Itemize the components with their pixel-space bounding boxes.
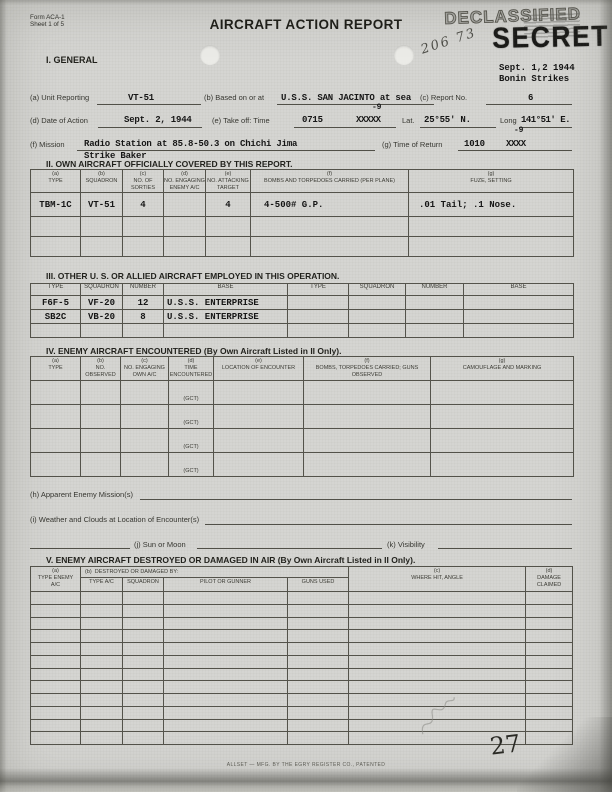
col-header-time: (d)TIME ENCOUNTERED <box>169 357 214 381</box>
gct-strikeout: XXXXX <box>356 115 381 125</box>
empty-cell <box>526 681 573 694</box>
empty-cell <box>81 719 123 732</box>
empty-cell <box>409 217 574 237</box>
empty-cell <box>288 630 349 643</box>
empty-cell <box>31 592 81 605</box>
own-aircraft-empty-rows <box>31 217 574 257</box>
empty-cell <box>123 681 164 694</box>
gct-strikeout: XXXX <box>506 139 526 149</box>
col-header-number: NUMBER <box>123 284 164 296</box>
empty-cell <box>121 429 169 453</box>
empty-row <box>31 694 573 707</box>
subcol-pilot-gunner: PILOT OR GUNNER <box>164 578 288 592</box>
field-underline <box>458 150 572 151</box>
empty-row <box>31 217 574 237</box>
empty-cell <box>81 706 123 719</box>
col-tag: (b) <box>81 171 122 178</box>
empty-row <box>31 706 573 719</box>
col-label: DAMAGE CLAIMED <box>526 575 572 589</box>
col-tag: (c) <box>349 568 525 575</box>
cell-squadron: VB-20 <box>81 310 123 324</box>
empty-cell <box>526 630 573 643</box>
empty-cell <box>288 310 349 324</box>
empty-cell <box>406 310 464 324</box>
weather-clouds-label: (i) Weather and Clouds at Location of En… <box>30 515 199 524</box>
empty-cell <box>81 592 123 605</box>
empty-cell <box>31 630 81 643</box>
empty-cell <box>349 630 526 643</box>
operation-note: Bonin Strikes <box>499 74 575 85</box>
field-underline <box>197 548 382 549</box>
empty-cell <box>431 429 574 453</box>
col-label: SQUADRON <box>81 178 122 185</box>
empty-cell <box>31 324 81 338</box>
empty-cell <box>31 405 81 429</box>
col-header-no-engaging: (c)NO. ENGAGING OWN A/C <box>121 357 169 381</box>
col-header-where-hit: (c)WHERE HIT, ANGLE <box>349 567 526 592</box>
gct-label: (GCT) <box>169 420 213 426</box>
empty-cell <box>164 630 288 643</box>
empty-cell <box>81 324 123 338</box>
empty-cell <box>81 655 123 668</box>
col-label: NO. OF SORTIES <box>123 178 163 192</box>
own-aircraft-data-row: TBM-1C VT-51 4 4 4-500# G.P. .01 Tail; .… <box>31 193 574 217</box>
empty-row <box>31 324 574 338</box>
empty-cell <box>288 643 349 656</box>
empty-cell <box>121 405 169 429</box>
visibility-label: (k) Visibility <box>387 540 425 549</box>
empty-cell <box>31 732 81 745</box>
col-header-camouflage: (g)CAMOUFLAGE AND MARKING <box>431 357 574 381</box>
col-header-squadron-2: SQUADRON <box>349 284 406 296</box>
empty-row <box>31 592 573 605</box>
report-no-label: (c) Report No. <box>420 93 467 102</box>
empty-cell <box>81 604 123 617</box>
col-label: DESTROYED OR DAMAGED BY: <box>95 569 178 575</box>
field-underline <box>519 127 572 128</box>
col-label: BOMBS, TORPEDOES CARRIED; GUNS OBSERVED <box>304 365 430 379</box>
col-tag: (g) <box>431 358 573 365</box>
empty-cell <box>526 655 573 668</box>
section-ii-heading: II. OWN AIRCRAFT OFFICIALLY COVERED BY T… <box>46 159 293 169</box>
col-label: WHERE HIT, ANGLE <box>349 575 525 582</box>
col-header-location: (e)LOCATION OF ENCOUNTER <box>214 357 304 381</box>
col-header-no-observed: (b)NO. OBSERVED <box>81 357 121 381</box>
based-on-value: U.S.S. SAN JACINTO at sea <box>281 93 411 103</box>
empty-cell <box>81 681 123 694</box>
cell-type: F6F-5 <box>31 296 81 310</box>
empty-cell <box>31 706 81 719</box>
field-underline <box>30 548 130 549</box>
empty-row <box>31 604 573 617</box>
col-label: TYPE <box>31 178 80 185</box>
empty-cell <box>31 381 81 405</box>
enemy-destroyed-table: (a)TYPE ENEMY A/C (b) DESTROYED OR DAMAG… <box>30 566 573 745</box>
empty-cell <box>464 310 574 324</box>
punch-hole <box>200 45 220 65</box>
time-of-return-value: 1010 <box>464 139 485 149</box>
empty-cell <box>288 296 349 310</box>
cell-engaging <box>164 193 206 217</box>
empty-cell <box>81 453 121 477</box>
empty-cell <box>81 405 121 429</box>
col-header-squadron: (b)SQUADRON <box>81 170 123 193</box>
empty-cell <box>464 324 574 338</box>
col-tag: (e) <box>206 171 250 178</box>
col-label: NO. ATTACKING TARGET <box>206 178 250 192</box>
col-tag: (d) <box>526 568 572 575</box>
based-on-label: (b) Based on or at <box>204 93 264 102</box>
empty-cell <box>121 381 169 405</box>
field-underline <box>438 548 572 549</box>
empty-cell <box>123 643 164 656</box>
col-header-squadron: SQUADRON <box>81 284 123 296</box>
empty-cell <box>526 668 573 681</box>
empty-cell <box>288 655 349 668</box>
empty-cell <box>81 643 123 656</box>
field-underline <box>486 104 572 105</box>
empty-cell <box>431 405 574 429</box>
report-date-note: Sept. 1,2 1944 <box>499 63 575 74</box>
empty-cell <box>406 296 464 310</box>
empty-row <box>31 643 573 656</box>
empty-cell <box>31 237 81 257</box>
empty-cell <box>288 732 349 745</box>
empty-row <box>31 617 573 630</box>
col-label: TIME ENCOUNTERED <box>169 365 213 379</box>
empty-cell <box>526 732 573 745</box>
allied-header-row: TYPE SQUADRON NUMBER BASE TYPE SQUADRON … <box>31 284 574 296</box>
time-cell: (GCT) <box>169 453 214 477</box>
scan-edge-right <box>599 0 612 792</box>
empty-cell <box>349 668 526 681</box>
empty-row <box>31 655 573 668</box>
section-i-heading: I. GENERAL <box>46 55 98 65</box>
empty-row <box>31 719 573 732</box>
longitude-value: 141°51' E. <box>521 115 570 125</box>
cell-squadron: VT-51 <box>81 193 123 217</box>
scanned-form-page: Form ACA-1 Sheet 1 of 5 AIRCRAFT ACTION … <box>0 0 612 792</box>
empty-cell <box>349 643 526 656</box>
cell-sorties: 4 <box>123 193 164 217</box>
unit-reporting-label: (a) Unit Reporting <box>30 93 89 102</box>
empty-cell <box>526 617 573 630</box>
cell-bombs: 4-500# G.P. <box>251 193 409 217</box>
col-header-base-2: BASE <box>464 284 574 296</box>
col-label: TYPE ENEMY A/C <box>31 575 80 589</box>
apparent-enemy-mission-label: (h) Apparent Enemy Mission(s) <box>30 490 133 499</box>
col-header-type: TYPE <box>31 284 81 296</box>
empty-cell <box>288 706 349 719</box>
handwritten-page-number: 27 <box>488 729 522 761</box>
punch-hole <box>394 45 414 65</box>
empty-cell <box>214 429 304 453</box>
col-header-type: (a)TYPE <box>31 170 81 193</box>
col-tag: (d) <box>169 358 213 365</box>
empty-cell <box>81 630 123 643</box>
empty-cell <box>526 719 573 732</box>
gct-label: (GCT) <box>169 396 213 402</box>
empty-cell <box>123 592 164 605</box>
col-header-fuze: (g)FUZE, SETTING <box>409 170 574 193</box>
time-cell: (GCT) <box>169 429 214 453</box>
empty-cell <box>81 617 123 630</box>
cell-attacking: 4 <box>206 193 251 217</box>
subcol-guns-used: GUNS USED <box>288 578 349 592</box>
date-of-action-value: Sept. 2, 1944 <box>124 115 192 125</box>
empty-cell <box>431 453 574 477</box>
empty-cell <box>349 604 526 617</box>
enemy-encountered-row: (GCT) <box>31 429 574 453</box>
empty-cell <box>288 604 349 617</box>
empty-cell <box>349 617 526 630</box>
enemy-encountered-row: (GCT) <box>31 381 574 405</box>
time-cell: (GCT) <box>169 381 214 405</box>
report-note: Sept. 1,2 1944 Bonin Strikes <box>499 63 575 85</box>
allied-data-row: SB2C VB-20 8 U.S.S. ENTERPRISE <box>31 310 574 324</box>
empty-cell <box>123 630 164 643</box>
cell-squadron: VF-20 <box>81 296 123 310</box>
empty-cell <box>31 643 81 656</box>
section-v-heading: V. ENEMY AIRCRAFT DESTROYED OR DAMAGED I… <box>46 555 415 565</box>
empty-cell <box>288 719 349 732</box>
empty-cell <box>349 681 526 694</box>
cell-type: SB2C <box>31 310 81 324</box>
empty-cell <box>123 668 164 681</box>
date-of-action-label: (d) Date of Action <box>30 116 88 125</box>
col-tag: (f) <box>251 171 408 178</box>
col-header-attacking: (e)NO. ATTACKING TARGET <box>206 170 251 193</box>
empty-cell <box>31 217 81 237</box>
cell-base: U.S.S. ENTERPRISE <box>164 296 288 310</box>
field-underline <box>205 524 572 525</box>
empty-cell <box>288 592 349 605</box>
field-underline <box>420 127 496 128</box>
empty-cell <box>123 604 164 617</box>
section-iv-heading: IV. ENEMY AIRCRAFT ENCOUNTERED (By Own A… <box>46 346 342 356</box>
col-label: CAMOUFLAGE AND MARKING <box>431 365 573 372</box>
field-underline <box>140 499 572 500</box>
empty-cell <box>464 296 574 310</box>
empty-cell <box>123 237 164 257</box>
empty-cell <box>81 237 123 257</box>
empty-cell <box>431 381 574 405</box>
empty-cell <box>123 694 164 707</box>
empty-cell <box>304 405 431 429</box>
col-header-type-enemy: (a)TYPE ENEMY A/C <box>31 567 81 592</box>
empty-cell <box>31 655 81 668</box>
printer-footer: ALLSET — MFG. BY THE EGRY REGISTER CO., … <box>0 762 612 768</box>
col-header-bombs-guns: (f)BOMBS, TORPEDOES CARRIED; GUNS OBSERV… <box>304 357 431 381</box>
empty-cell <box>288 324 349 338</box>
empty-cell <box>164 324 288 338</box>
secret-stamp: SECRET <box>492 19 609 56</box>
empty-cell <box>164 617 288 630</box>
col-header-destroyed-by: (b) DESTROYED OR DAMAGED BY: <box>81 567 349 578</box>
empty-row <box>31 681 573 694</box>
empty-cell <box>304 429 431 453</box>
destroyed-header-row-1: (a)TYPE ENEMY A/C (b) DESTROYED OR DAMAG… <box>31 567 573 578</box>
mission-label: (f) Mission <box>30 140 65 149</box>
empty-cell <box>81 732 123 745</box>
gct-label: (GCT) <box>169 468 213 474</box>
empty-cell <box>251 217 409 237</box>
destroyed-empty-rows <box>31 592 573 745</box>
empty-cell <box>304 381 431 405</box>
scan-edge-top <box>0 0 612 5</box>
empty-cell <box>214 405 304 429</box>
col-tag: (b) <box>81 358 120 365</box>
empty-cell <box>81 694 123 707</box>
scan-edge-left <box>0 0 7 792</box>
own-aircraft-header-row: (a)TYPE (b)SQUADRON (c)NO. OF SORTIES (d… <box>31 170 574 193</box>
zone-time-annotation: -9 <box>372 103 381 112</box>
cell-number: 12 <box>123 296 164 310</box>
empty-cell <box>31 694 81 707</box>
own-aircraft-table: (a)TYPE (b)SQUADRON (c)NO. OF SORTIES (d… <box>30 169 574 257</box>
empty-cell <box>349 324 406 338</box>
empty-cell <box>526 706 573 719</box>
field-underline <box>277 104 434 105</box>
empty-cell <box>288 668 349 681</box>
empty-cell <box>31 453 81 477</box>
empty-cell <box>526 643 573 656</box>
empty-cell <box>164 706 288 719</box>
empty-cell <box>206 237 251 257</box>
empty-cell <box>251 237 409 257</box>
empty-cell <box>304 453 431 477</box>
empty-cell <box>164 681 288 694</box>
empty-cell <box>81 668 123 681</box>
empty-cell <box>123 732 164 745</box>
col-tag: (f) <box>304 358 430 365</box>
latitude-label: Lat. <box>402 116 415 125</box>
empty-cell <box>406 324 464 338</box>
empty-cell <box>349 310 406 324</box>
col-header-number-2: NUMBER <box>406 284 464 296</box>
allied-data-row: F6F-5 VF-20 12 U.S.S. ENTERPRISE <box>31 296 574 310</box>
empty-cell <box>121 453 169 477</box>
empty-cell <box>164 719 288 732</box>
enemy-encountered-header-row: (a)TYPE (b)NO. OBSERVED (c)NO. ENGAGING … <box>31 357 574 381</box>
empty-row <box>31 630 573 643</box>
col-tag: (d) <box>164 171 205 178</box>
empty-cell <box>526 604 573 617</box>
enemy-encountered-row: (GCT) <box>31 453 574 477</box>
col-label: NO. ENGAGING ENEMY A/C <box>164 178 205 192</box>
empty-cell <box>164 217 206 237</box>
field-underline <box>97 104 201 105</box>
allied-empty-rows <box>31 324 574 338</box>
empty-cell <box>214 453 304 477</box>
col-label: TYPE <box>31 365 80 372</box>
takeoff-time-label: (e) Take off: Time <box>212 116 270 125</box>
report-no-value: 6 <box>528 93 533 103</box>
empty-cell <box>31 719 81 732</box>
empty-cell <box>123 719 164 732</box>
empty-cell <box>164 592 288 605</box>
sun-or-moon-label: (j) Sun or Moon <box>134 540 186 549</box>
cell-fuze: .01 Tail; .1 Nose. <box>409 193 574 217</box>
col-tag: (c) <box>121 358 168 365</box>
subcol-type-ac: TYPE A/C <box>81 578 123 592</box>
empty-row <box>31 668 573 681</box>
zone-time-annotation: -9 <box>514 126 523 135</box>
empty-cell <box>164 694 288 707</box>
empty-cell <box>526 694 573 707</box>
empty-cell <box>164 604 288 617</box>
empty-cell <box>288 617 349 630</box>
empty-row <box>31 237 574 257</box>
empty-cell <box>81 429 121 453</box>
col-header-damage-claimed: (d)DAMAGE CLAIMED <box>526 567 573 592</box>
col-tag: (a) <box>31 171 80 178</box>
col-tag: (e) <box>214 358 303 365</box>
col-tag: (a) <box>31 568 80 575</box>
col-tag: (c) <box>123 171 163 178</box>
col-header-sorties: (c)NO. OF SORTIES <box>123 170 164 193</box>
enemy-encountered-row: (GCT) <box>31 405 574 429</box>
field-underline <box>294 127 396 128</box>
subcol-squadron: SQUADRON <box>123 578 164 592</box>
empty-cell <box>31 429 81 453</box>
empty-cell <box>288 681 349 694</box>
section-iii-heading: III. OTHER U. S. OR ALLIED AIRCRAFT EMPL… <box>46 271 339 281</box>
col-tag: (g) <box>409 171 573 178</box>
col-header-base: BASE <box>164 284 288 296</box>
empty-cell <box>206 217 251 237</box>
col-tag: (b) <box>85 569 92 575</box>
empty-cell <box>164 655 288 668</box>
empty-cell <box>31 604 81 617</box>
unit-reporting-value: VT-51 <box>128 93 154 103</box>
empty-cell <box>164 643 288 656</box>
empty-cell <box>409 237 574 257</box>
empty-cell <box>288 694 349 707</box>
empty-cell <box>81 217 123 237</box>
empty-cell <box>123 655 164 668</box>
empty-cell <box>123 217 164 237</box>
empty-cell <box>123 324 164 338</box>
longitude-label: Long <box>500 116 517 125</box>
cell-base: U.S.S. ENTERPRISE <box>164 310 288 324</box>
empty-cell <box>123 617 164 630</box>
allied-aircraft-table: TYPE SQUADRON NUMBER BASE TYPE SQUADRON … <box>30 283 574 338</box>
time-of-return-label: (g) Time of Return <box>382 140 442 149</box>
empty-cell <box>164 237 206 257</box>
latitude-value: 25°55' N. <box>424 115 471 125</box>
cell-type: TBM-1C <box>31 193 81 217</box>
empty-cell <box>349 296 406 310</box>
col-header-type-2: TYPE <box>288 284 349 296</box>
empty-cell <box>349 592 526 605</box>
time-cell: (GCT) <box>169 405 214 429</box>
field-underline <box>98 127 202 128</box>
col-label: NO. ENGAGING OWN A/C <box>121 365 168 379</box>
col-label: NO. OBSERVED <box>81 365 120 379</box>
empty-cell <box>164 668 288 681</box>
enemy-encountered-table: (a)TYPE (b)NO. OBSERVED (c)NO. ENGAGING … <box>30 356 574 477</box>
gct-label: (GCT) <box>169 444 213 450</box>
empty-cell <box>526 592 573 605</box>
empty-cell <box>31 668 81 681</box>
scan-edge-bottom <box>0 768 612 792</box>
empty-cell <box>31 681 81 694</box>
mission-value: Radio Station at 85.8-50.3 on Chichi Jim… <box>84 139 297 149</box>
col-header-bombs: (f)BOMBS AND TORPEDOES CARRIED (PER PLAN… <box>251 170 409 193</box>
empty-cell <box>214 381 304 405</box>
takeoff-time-value: 0715 <box>302 115 323 125</box>
